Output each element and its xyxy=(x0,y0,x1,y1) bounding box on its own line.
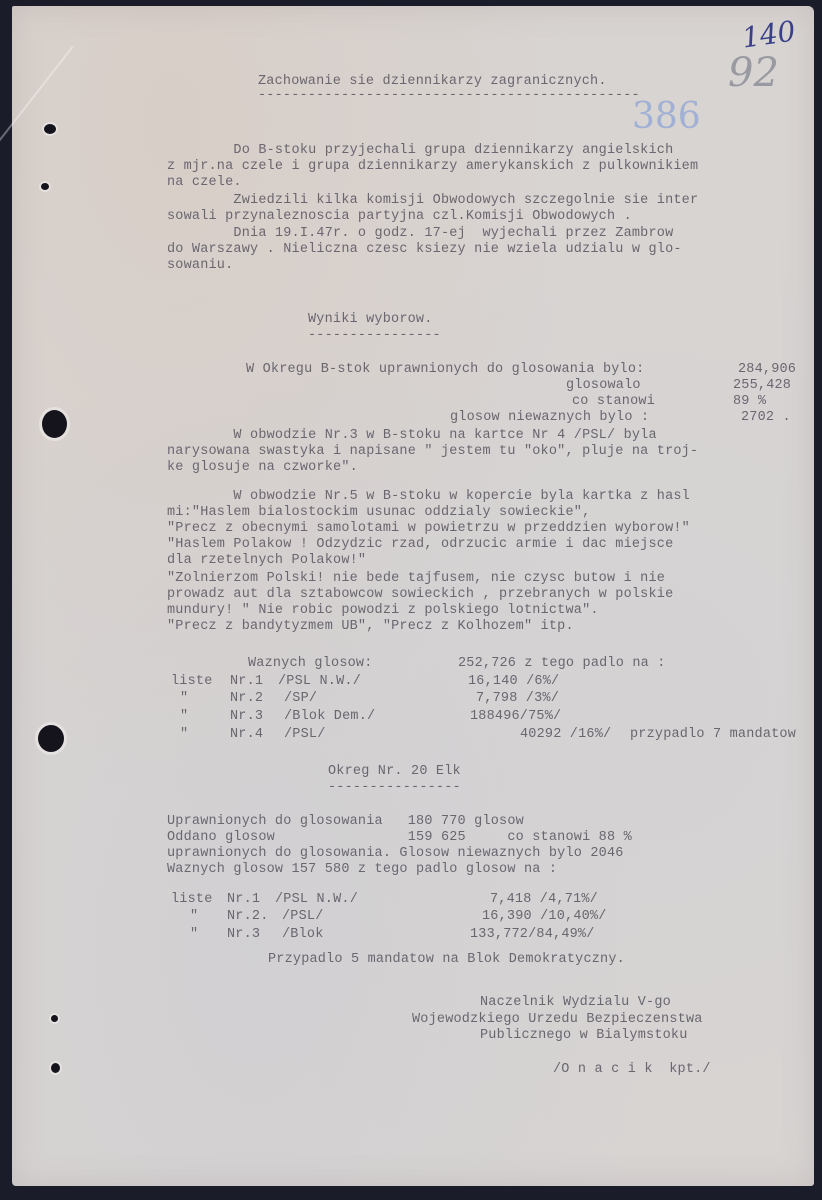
incident-line: dla rzetelnych Polakow!" xyxy=(167,553,366,568)
elk-line: uprawnionych do glosowania. Glosow niewa… xyxy=(167,846,624,861)
punch-hole xyxy=(51,1063,60,1073)
incident-line: mi:"Haslem bialostockim usunac oddzialy … xyxy=(167,505,590,520)
body-line: do Warszawy . Nieliczna czesc ksiezy nie… xyxy=(167,242,682,257)
list-number: Nr.2. xyxy=(227,909,269,924)
body-line: sowaniu. xyxy=(167,258,233,273)
incident-line: narysowana swastyka i napisane " jestem … xyxy=(167,444,698,459)
section-title-journalists: Zachowanie sie dziennikarzy zagranicznyc… xyxy=(258,74,607,89)
list-number: Nr.3 xyxy=(230,709,263,724)
list-prefix: " xyxy=(190,909,198,924)
summary-label: W Okregu B-stok uprawnionych do glosowan… xyxy=(246,362,644,377)
body-line: Zwiedzili kilka komisji Obwodowych szcze… xyxy=(167,193,698,208)
list-result: 188496/75%/ xyxy=(470,709,561,724)
punch-hole xyxy=(51,1015,58,1022)
list-number: Nr.1 xyxy=(227,892,260,907)
section-title-results: Wyniki wyborow. xyxy=(308,312,433,327)
elk-line: Waznych glosow 157 580 z tego padlo glos… xyxy=(167,862,557,877)
list-party: /SP/ xyxy=(284,691,317,706)
punch-hole xyxy=(44,124,56,134)
list-party: /PSL N.W./ xyxy=(275,892,358,907)
body-line: Do B-stoku przyjechali grupa dziennikarz… xyxy=(167,143,673,158)
paper-crease xyxy=(0,46,74,165)
title-underline: ----------------------------------------… xyxy=(258,88,640,103)
list-party: /PSL N.W./ xyxy=(278,674,361,689)
list-result: 7,418 /4,71%/ xyxy=(490,892,598,907)
summary-label: glosowalo xyxy=(566,378,641,393)
body-line: z mjr.na czele i grupa dziennikarzy amer… xyxy=(167,159,698,174)
punch-hole xyxy=(42,410,67,438)
archive-stamp-number: 386 xyxy=(632,96,701,137)
section-title-elk: Okreg Nr. 20 Elk xyxy=(328,764,461,779)
list-prefix: " xyxy=(180,691,188,706)
list-number: Nr.1 xyxy=(230,674,263,689)
signature-line: Naczelnik Wydzialu V-go xyxy=(480,995,671,1010)
punch-hole xyxy=(41,183,49,190)
list-result: 133,772/84,49%/ xyxy=(470,927,595,942)
list-number: Nr.2 xyxy=(230,691,263,706)
incident-line: mundury! " Nie robic powodzi z polskiego… xyxy=(167,603,599,618)
mandate-note: przypadlo 7 mandatow xyxy=(630,727,796,742)
signature-line: Wojewodzkiego Urzedu Bezpieczenstwa xyxy=(412,1012,703,1027)
summary-label: glosow niewaznych bylo : xyxy=(450,410,649,425)
summary-value: 255,428 xyxy=(733,378,791,393)
elk-line: Uprawnionych do glosowania 180 770 gloso… xyxy=(167,814,524,829)
signature-name: /O n a c i k kpt./ xyxy=(553,1062,711,1077)
incident-line: "Zolnierzom Polski! nie bede tajfusem, n… xyxy=(167,571,665,586)
summary-value: 89 % xyxy=(733,394,766,409)
list-number: Nr.4 xyxy=(230,727,263,742)
list-party: /Blok xyxy=(282,927,324,942)
incident-line: "Precz z obecnymi samolotami w powietrzu… xyxy=(167,521,690,536)
incident-line: ke glosuje na czworke". xyxy=(167,460,358,475)
folio-number-pencil: 92 xyxy=(728,50,779,96)
title-underline: ---------------- xyxy=(328,780,461,795)
body-line: Dnia 19.I.47r. o godz. 17-ej wyjechali p… xyxy=(167,226,673,241)
list-result: 16,390 /10,40%/ xyxy=(482,909,607,924)
list-result: 16,140 /6%/ xyxy=(468,674,559,689)
list-number: Nr.3 xyxy=(227,927,260,942)
list-prefix: " xyxy=(190,927,198,942)
incident-line: "Haslem Polakow ! Odzydzic rzad, odrzuci… xyxy=(167,537,673,552)
list-party: /PSL/ xyxy=(284,727,326,742)
summary-value: 2702 . xyxy=(741,410,791,425)
signature-line: Publicznego w Bialymstoku xyxy=(480,1028,688,1043)
body-line: na czele. xyxy=(167,175,242,190)
list-prefix: " xyxy=(180,727,188,742)
valid-votes-label: Waznych glosow: xyxy=(248,656,373,671)
elk-line: Oddano glosow 159 625 co stanowi 88 % xyxy=(167,830,632,845)
list-prefix: liste xyxy=(171,674,213,689)
incident-line: prowadz aut dla sztabowcow sowieckich , … xyxy=(167,587,673,602)
list-party: /Blok Dem./ xyxy=(284,709,375,724)
body-line: sowali przynaleznoscia partyjna czl.Komi… xyxy=(167,209,632,224)
incident-line: "Precz z bandytyzmem UB", "Precz z Kolho… xyxy=(167,619,574,634)
list-prefix: liste xyxy=(171,892,213,907)
incident-line: W obwodzie Nr.5 w B-stoku w kopercie byl… xyxy=(167,489,690,504)
summary-value: 284,906 xyxy=(738,362,796,377)
punch-hole xyxy=(38,725,64,752)
list-result: 7,798 /3%/ xyxy=(476,691,559,706)
elk-conclusion: Przypadlo 5 mandatow na Blok Demokratycz… xyxy=(268,952,625,967)
title-underline: ---------------- xyxy=(308,328,441,343)
list-result: 40292 /16%/ xyxy=(520,727,611,742)
list-prefix: " xyxy=(180,709,188,724)
valid-votes-value: 252,726 z tego padlo na : xyxy=(458,656,666,671)
incident-line: W obwodzie Nr.3 w B-stoku na kartce Nr 4… xyxy=(167,428,657,443)
list-party: /PSL/ xyxy=(282,909,324,924)
summary-label: co stanowi xyxy=(572,394,655,409)
